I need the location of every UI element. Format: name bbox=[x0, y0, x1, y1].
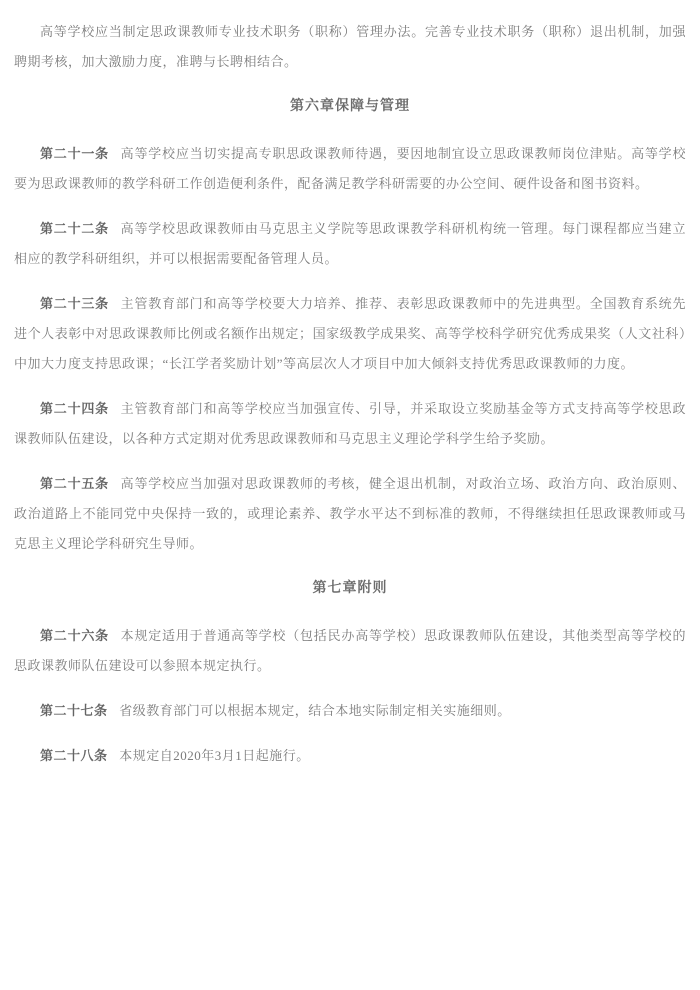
legal-paragraph-article-22: 第二十二条高等学校思政课教师由马克思主义学院等思政课教学科研机构统一管理。每门课… bbox=[14, 214, 686, 274]
article-number: 第二十三条 bbox=[40, 296, 109, 311]
legal-paragraph-article-27: 第二十七条省级教育部门可以根据本规定，结合本地实际制定相关实施细则。 bbox=[14, 696, 686, 726]
article-text: 主管教育部门和高等学校要大力培养、推荐、表彰思政课教师中的先进典型。全国教育系统… bbox=[14, 296, 686, 371]
chapter-heading-7: 第七章附则 bbox=[14, 574, 686, 604]
article-number: 第二十五条 bbox=[40, 476, 109, 491]
document-page: 高等学校应当制定思政课教师专业技术职务（职称）管理办法。完善专业技术职务（职称）… bbox=[0, 0, 700, 990]
article-text: 本规定自2020年3月1日起施行。 bbox=[119, 748, 310, 763]
article-number: 第二十六条 bbox=[40, 628, 109, 643]
article-text: 高等学校应当切实提高专职思政课教师待遇，要因地制宜设立思政课教师岗位津贴。高等学… bbox=[14, 146, 686, 191]
article-text: 省级教育部门可以根据本规定，结合本地实际制定相关实施细则。 bbox=[119, 703, 511, 718]
article-text: 主管教育部门和高等学校应当加强宣传、引导，并采取设立奖励基金等方式支持高等学校思… bbox=[14, 401, 686, 446]
article-number: 第二十四条 bbox=[40, 401, 109, 416]
article-number: 第二十八条 bbox=[40, 748, 108, 763]
chapter-heading-6: 第六章保障与管理 bbox=[14, 92, 686, 122]
paragraph-text: 高等学校应当制定思政课教师专业技术职务（职称）管理办法。完善专业技术职务（职称）… bbox=[14, 24, 686, 69]
article-number: 第二十二条 bbox=[40, 221, 109, 236]
article-text: 高等学校应当加强对思政课教师的考核，健全退出机制，对政治立场、政治方向、政治原则… bbox=[14, 476, 686, 551]
legal-paragraph-article-21: 第二十一条高等学校应当切实提高专职思政课教师待遇，要因地制宜设立思政课教师岗位津… bbox=[14, 139, 686, 199]
article-text: 本规定适用于普通高等学校（包括民办高等学校）思政课教师队伍建设，其他类型高等学校… bbox=[14, 628, 686, 673]
article-text: 高等学校思政课教师由马克思主义学院等思政课教学科研机构统一管理。每门课程都应当建… bbox=[14, 221, 686, 266]
legal-paragraph-article-25: 第二十五条高等学校应当加强对思政课教师的考核，健全退出机制，对政治立场、政治方向… bbox=[14, 469, 686, 559]
legal-paragraph-article-23: 第二十三条主管教育部门和高等学校要大力培养、推荐、表彰思政课教师中的先进典型。全… bbox=[14, 289, 686, 379]
legal-paragraph-continuation: 高等学校应当制定思政课教师专业技术职务（职称）管理办法。完善专业技术职务（职称）… bbox=[14, 17, 686, 77]
article-number: 第二十七条 bbox=[40, 703, 108, 718]
legal-paragraph-article-24: 第二十四条主管教育部门和高等学校应当加强宣传、引导，并采取设立奖励基金等方式支持… bbox=[14, 394, 686, 454]
legal-paragraph-article-28: 第二十八条本规定自2020年3月1日起施行。 bbox=[14, 741, 686, 771]
article-number: 第二十一条 bbox=[40, 146, 109, 161]
legal-paragraph-article-26: 第二十六条本规定适用于普通高等学校（包括民办高等学校）思政课教师队伍建设，其他类… bbox=[14, 621, 686, 681]
